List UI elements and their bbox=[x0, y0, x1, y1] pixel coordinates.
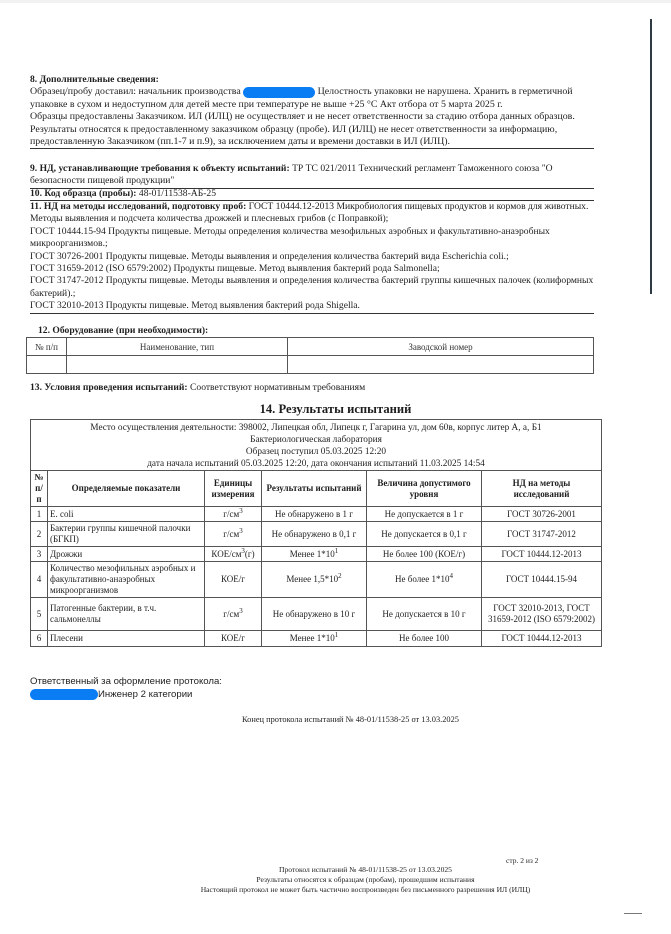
row-indicator: Количество мезофильных аэробных и факуль… bbox=[48, 562, 205, 598]
section12-label: 12. Оборудование (при необходимости): bbox=[38, 325, 208, 336]
footer-line: Протокол испытаний № 48-01/11538-25 от 1… bbox=[60, 865, 671, 875]
section11-label: 11. НД на методы исследований, подготовк… bbox=[30, 201, 246, 212]
row-num: 1 bbox=[31, 507, 48, 522]
section8-label: 8. Дополнительные сведения: bbox=[30, 74, 594, 86]
row-limit: Не допускается в 1 г bbox=[367, 507, 482, 522]
results-location: Место осуществления деятельности: 398002… bbox=[31, 422, 601, 434]
section8-line1: Образец/пробу доставил: начальник произв… bbox=[30, 86, 594, 111]
section-additional-info: 8. Дополнительные сведения: Образец/проб… bbox=[30, 74, 594, 149]
section-equipment-label: 12. Оборудование (при необходимости): bbox=[38, 325, 602, 337]
row-num: 6 bbox=[31, 631, 48, 647]
row-indicator: Бактерии группы кишечной палочки (БГКП) bbox=[48, 522, 205, 547]
end-of-protocol-note: Конец протокола испытаний № 48-01/11538-… bbox=[0, 715, 671, 724]
section13-label: 13. Условия проведения испытаний: bbox=[30, 382, 188, 393]
table-row: 1 E. coli г/см3 Не обнаружено в 1 г Не д… bbox=[31, 507, 602, 522]
row-result: Менее 1*101 bbox=[262, 547, 367, 562]
row-indicator: Дрожжи bbox=[48, 547, 205, 562]
row-num: 4 bbox=[31, 562, 48, 598]
equipment-table: № п/п Наименование, тип Заводской номер bbox=[26, 337, 594, 374]
row-limit: Не более 100 bbox=[367, 631, 482, 647]
row-result: Менее 1*101 bbox=[262, 631, 367, 647]
results-title: 14. Результаты испытаний bbox=[0, 402, 671, 417]
row-num: 3 bbox=[31, 547, 48, 562]
results-table: № п/п Определяемые показатели Единицы из… bbox=[30, 470, 602, 647]
section10-value: 48-01/11538-АБ-25 bbox=[139, 188, 216, 199]
section8-para2: Образцы предоставлены Заказчиком. ИЛ (ИЛ… bbox=[30, 111, 594, 149]
row-indicator: E. coli bbox=[48, 507, 205, 522]
signature-block: Ответственный за оформление протокола: И… bbox=[30, 676, 222, 701]
row-result: Не обнаружено в 10 г bbox=[262, 598, 367, 631]
equipment-cell bbox=[27, 356, 67, 374]
table-row: 5 Патогенные бактерии, в т.ч. сальмонелл… bbox=[31, 598, 602, 631]
equipment-header-row: № п/п Наименование, тип Заводской номер bbox=[27, 338, 594, 356]
section8-prefix: Образец/пробу доставил: начальник произв… bbox=[30, 86, 241, 97]
row-indicator: Плесени bbox=[48, 631, 205, 647]
page-number: стр. 2 из 2 bbox=[506, 856, 538, 865]
row-limit: Не допускается в 0,1 г bbox=[367, 522, 482, 547]
section10-label: 10. Код образца (пробы): bbox=[30, 188, 136, 199]
col-method: НД на методы исследований bbox=[482, 471, 602, 507]
row-unit: КОЕ/г bbox=[205, 562, 262, 598]
row-limit: Не допускается в 10 г bbox=[367, 598, 482, 631]
redacted-name-mark bbox=[243, 87, 315, 98]
row-unit: г/см3 bbox=[205, 507, 262, 522]
row-unit: КОЕ/см3(г) bbox=[205, 547, 262, 562]
method-line: ГОСТ 31747-2012 Продукты пищевые. Методы… bbox=[30, 275, 593, 298]
method-line: ГОСТ 10444.15-94 Продукты пищевые. Метод… bbox=[30, 226, 550, 249]
section-sample-code: 10. Код образца (пробы): 48-01/11538-АБ-… bbox=[30, 188, 594, 201]
row-method: ГОСТ 10444.12-2013 bbox=[482, 631, 602, 647]
row-limit: Не более 100 (КОЕ/г) bbox=[367, 547, 482, 562]
results-lab: Бактериологическая лаборатория bbox=[31, 434, 601, 446]
equipment-col-num: № п/п bbox=[27, 338, 67, 356]
page-footer: Протокол испытаний № 48-01/11538-25 от 1… bbox=[0, 865, 671, 894]
row-unit: г/см3 bbox=[205, 598, 262, 631]
row-num: 2 bbox=[31, 522, 48, 547]
col-indicator: Определяемые показатели bbox=[48, 471, 205, 507]
results-header-row: № п/п Определяемые показатели Единицы из… bbox=[31, 471, 602, 507]
row-unit: КОЕ/г bbox=[205, 631, 262, 647]
table-row: 4 Количество мезофильных аэробных и факу… bbox=[31, 562, 602, 598]
signature-label: Ответственный за оформление протокола: bbox=[30, 676, 222, 689]
col-limit: Величина допустимого уровня bbox=[367, 471, 482, 507]
section-requirements: 9. НД, устанавливающие требования к объе… bbox=[30, 163, 594, 189]
signature-line: Инженер 2 категории bbox=[30, 689, 222, 702]
method-line: ГОСТ 32010-2013 Продукты пищевые. Метод … bbox=[30, 300, 360, 311]
row-result: Не обнаружено в 1 г bbox=[262, 507, 367, 522]
results-info-box: Место осуществления деятельности: 398002… bbox=[30, 419, 602, 470]
col-num: № п/п bbox=[31, 471, 48, 507]
section-methods: 11. НД на методы исследований, подготовк… bbox=[30, 201, 594, 314]
equipment-col-serial: Заводской номер bbox=[288, 338, 594, 356]
scan-margin-line bbox=[650, 19, 652, 294]
table-row: 2 Бактерии группы кишечной палочки (БГКП… bbox=[31, 522, 602, 547]
row-num: 5 bbox=[31, 598, 48, 631]
table-row: 3 Дрожжи КОЕ/см3(г) Менее 1*101 Не более… bbox=[31, 547, 602, 562]
results-received: Образец поступил 05.03.2025 12:20 bbox=[31, 446, 601, 458]
method-line: ГОСТ 30726-2001 Продукты пищевые. Методы… bbox=[30, 251, 509, 262]
section-conditions: 13. Условия проведения испытаний: Соотве… bbox=[30, 382, 594, 394]
row-method: ГОСТ 10444.12-2013 bbox=[482, 547, 602, 562]
row-method: ГОСТ 31747-2012 bbox=[482, 522, 602, 547]
footer-line: Настоящий протокол не может быть частичн… bbox=[60, 885, 671, 895]
row-method: ГОСТ 30726-2001 bbox=[482, 507, 602, 522]
equipment-empty-row bbox=[27, 356, 594, 374]
row-indicator: Патогенные бактерии, в т.ч. сальмонеллы bbox=[48, 598, 205, 631]
signature-position: Инженер 2 категории bbox=[98, 689, 192, 700]
row-result: Менее 1,5*102 bbox=[262, 562, 367, 598]
section13-value: Соответствуют нормативным требованиям bbox=[190, 382, 365, 393]
row-limit: Не более 1*104 bbox=[367, 562, 482, 598]
row-method: ГОСТ 10444.15-94 bbox=[482, 562, 602, 598]
redacted-signer-mark bbox=[30, 689, 98, 700]
section9-label: 9. НД, устанавливающие требования к объе… bbox=[30, 163, 290, 174]
equipment-col-name: Наименование, тип bbox=[67, 338, 288, 356]
col-result: Результаты испытаний bbox=[262, 471, 367, 507]
scan-mark bbox=[624, 913, 642, 914]
page-top-edge bbox=[0, 0, 671, 3]
col-unit: Единицы измерения bbox=[205, 471, 262, 507]
table-row: 6 Плесени КОЕ/г Менее 1*101 Не более 100… bbox=[31, 631, 602, 647]
footer-line: Результаты относятся к образцам (пробам)… bbox=[60, 875, 671, 885]
row-method: ГОСТ 32010-2013, ГОСТ 31659-2012 (ISO 65… bbox=[482, 598, 602, 631]
equipment-cell bbox=[288, 356, 594, 374]
equipment-cell bbox=[67, 356, 288, 374]
row-unit: г/см3 bbox=[205, 522, 262, 547]
method-line: ГОСТ 31659-2012 (ISO 6579:2002) Продукты… bbox=[30, 263, 440, 274]
results-dates: дата начала испытаний 05.03.2025 12:20, … bbox=[31, 458, 601, 470]
row-result: Не обнаружено в 0,1 г bbox=[262, 522, 367, 547]
